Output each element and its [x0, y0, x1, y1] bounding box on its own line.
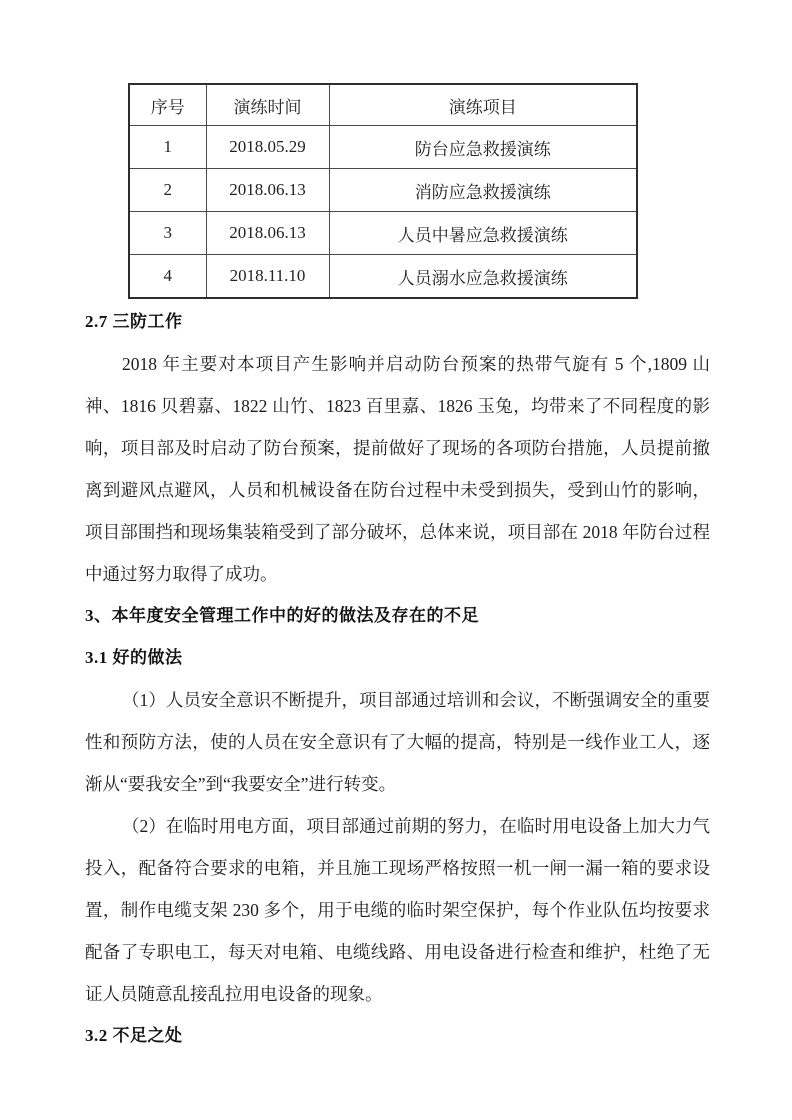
document-page: 序号 演练时间 演练项目 1 2018.05.29 防台应急救援演练 2 201… — [0, 0, 792, 1120]
cell-serial: 1 — [129, 126, 206, 169]
paragraph-good-practice-1: （1）人员安全意识不断提升，项目部通过培训和会议，不断强调安全的重要性和预防方法… — [85, 679, 710, 805]
table-row: 3 2018.06.13 人员中暑应急救援演练 — [129, 212, 637, 255]
cell-drill-time: 2018.05.29 — [206, 126, 329, 169]
cell-drill-time: 2018.06.13 — [206, 212, 329, 255]
cell-drill-item: 人员溺水应急救援演练 — [329, 255, 637, 299]
document-content: 序号 演练时间 演练项目 1 2018.05.29 防台应急救援演练 2 201… — [85, 83, 710, 1057]
cell-drill-time: 2018.06.13 — [206, 169, 329, 212]
cell-drill-item: 消防应急救援演练 — [329, 169, 637, 212]
paragraph-typhoon-summary: 2018 年主要对本项目产生影响并启动防台预案的热带气旋有 5 个,1809 山… — [85, 343, 710, 595]
cell-serial: 2 — [129, 169, 206, 212]
cell-drill-item: 防台应急救援演练 — [329, 126, 637, 169]
paragraph-good-practice-2: （2）在临时用电方面，项目部通过前期的努力，在临时用电设备上加大力气投入，配备符… — [85, 805, 710, 1015]
table-row: 4 2018.11.10 人员溺水应急救援演练 — [129, 255, 637, 299]
drill-record-table: 序号 演练时间 演练项目 1 2018.05.29 防台应急救援演练 2 201… — [128, 83, 638, 299]
section-heading-3-2: 3.2 不足之处 — [85, 1015, 710, 1057]
table-header-row: 序号 演练时间 演练项目 — [129, 84, 637, 126]
cell-serial: 3 — [129, 212, 206, 255]
cell-drill-item: 人员中暑应急救援演练 — [329, 212, 637, 255]
table-row: 1 2018.05.29 防台应急救援演练 — [129, 126, 637, 169]
section-heading-2-7: 2.7 三防工作 — [85, 301, 710, 343]
table-row: 2 2018.06.13 消防应急救援演练 — [129, 169, 637, 212]
table-header-drill-time: 演练时间 — [206, 84, 329, 126]
table-header-serial: 序号 — [129, 84, 206, 126]
table-header-drill-item: 演练项目 — [329, 84, 637, 126]
cell-serial: 4 — [129, 255, 206, 299]
section-heading-3-1: 3.1 好的做法 — [85, 637, 710, 679]
section-heading-3: 3、本年度安全管理工作中的好的做法及存在的不足 — [85, 595, 710, 637]
cell-drill-time: 2018.11.10 — [206, 255, 329, 299]
